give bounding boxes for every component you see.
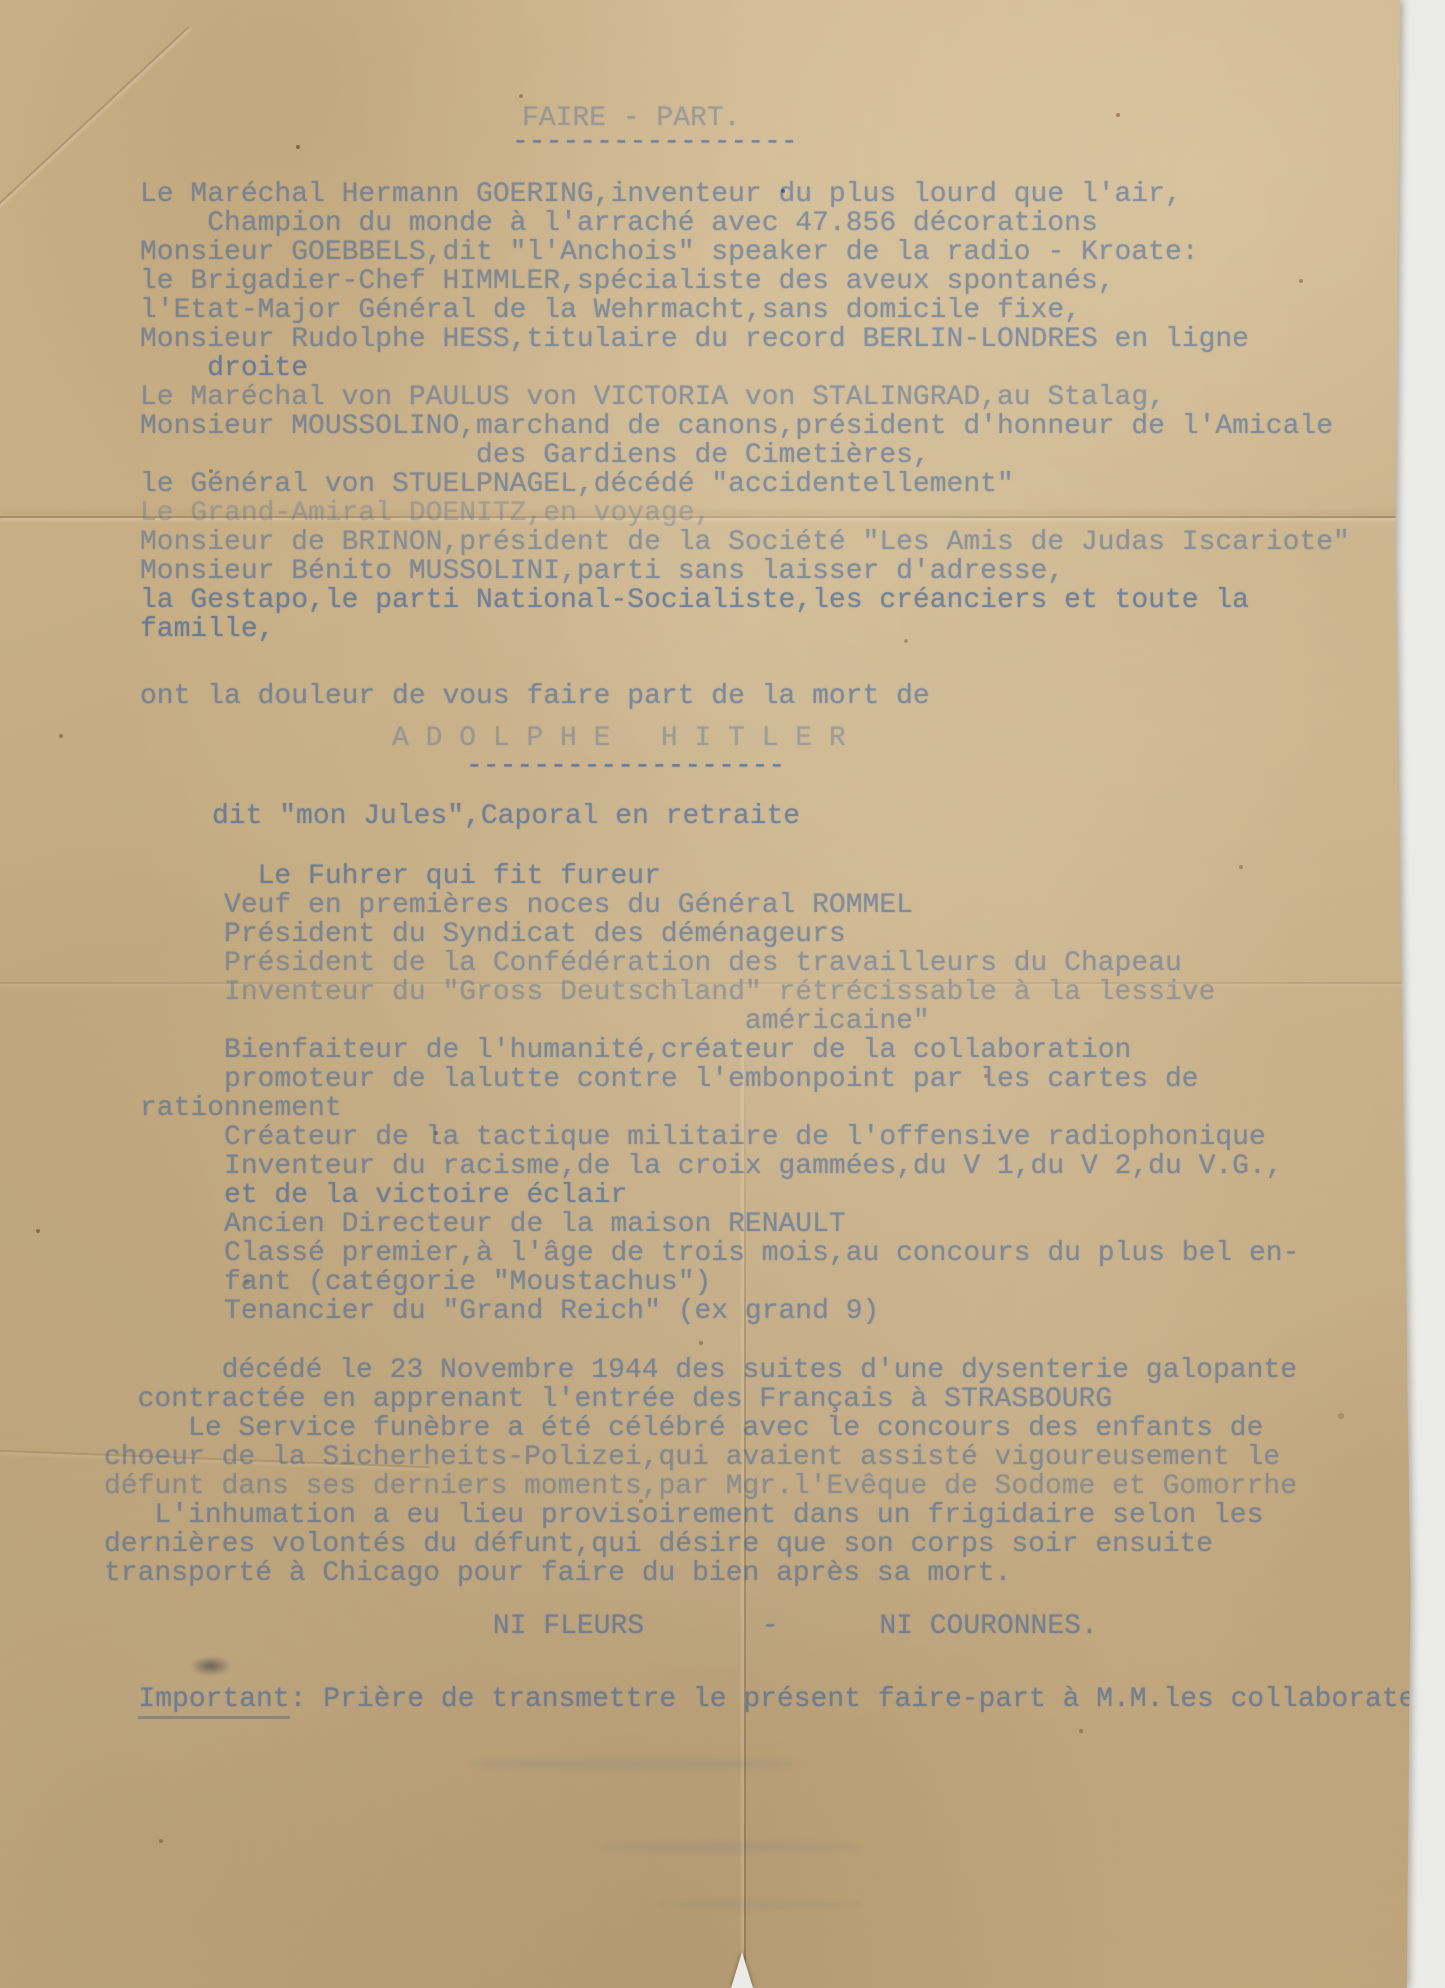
text-line: droite	[140, 354, 1350, 383]
text-line: choeur de la Sicherheits-Polizei,qui ava…	[104, 1443, 1297, 1472]
deceased-name-underline: -------------------	[466, 752, 785, 781]
text-line: Monsieur GOEBBELS,dit "l'Anchois" speake…	[140, 238, 1350, 267]
paper-tear-notch	[731, 1952, 753, 1988]
text-line: américaine"	[140, 1007, 1299, 1036]
text-line: Monsieur de BRINON,président de la Socié…	[140, 528, 1350, 557]
deceased-name: A D O L P H E H I T L E R	[392, 724, 846, 753]
mourning-line: ont la douleur de vous faire part de la …	[140, 682, 930, 711]
text-line: décédé le 23 Novembre 1944 des suites d'…	[104, 1356, 1297, 1385]
text-line: Classé premier,à l'âge de trois mois,au …	[140, 1239, 1299, 1268]
text-line: Tenancier du "Grand Reich" (ex grand 9)	[140, 1297, 1299, 1326]
text-line: Champion du monde à l'arraché avec 47.85…	[140, 209, 1350, 238]
text-line: contractée en apprenant l'entrée des Fra…	[104, 1385, 1297, 1414]
death-notice: décédé le 23 Novembre 1944 des suites d'…	[104, 1356, 1297, 1588]
text-line: Bienfaiteur de l'humanité,créateur de la…	[140, 1036, 1299, 1065]
ink-ghost-smudge	[660, 1900, 860, 1910]
text-line: promoteur de lalutte contre l'embonpoint…	[140, 1065, 1299, 1094]
text-line: fant (catégorie "Moustachus")	[140, 1268, 1299, 1297]
text-line: Monsieur Rudolphe HESS,titulaire du reco…	[140, 325, 1350, 354]
text-line: le Brigadier-Chef HIMMLER,spécialiste de…	[140, 267, 1350, 296]
text-line: la Gestapo,le parti National-Socialiste,…	[140, 586, 1350, 615]
paper-specks	[0, 0, 2, 2]
text-line: L'inhumation a eu lieu provisoirement da…	[104, 1501, 1297, 1530]
text-line: Ancien Directeur de la maison RENAULT	[140, 1210, 1299, 1239]
important-text: : Prière de transmettre le présent faire…	[290, 1684, 1445, 1715]
text-line: famille,	[140, 615, 1350, 644]
text-line: transporté à Chicago pour faire du bien …	[104, 1559, 1297, 1588]
text-line: dernières volontés du défunt,qui désire …	[104, 1530, 1297, 1559]
closing-line: NI FLEURS - NI COURONNES.	[140, 1612, 1098, 1641]
text-line: des Gardiens de Cimetières,	[140, 441, 1350, 470]
alias-line: dit "mon Jules",Caporal en retraite	[212, 802, 800, 831]
titles-list: Le Fuhrer qui fit fureur Veuf en premièr…	[140, 862, 1299, 1326]
text-line: défunt dans ses derniers moments,par Mgr…	[104, 1472, 1297, 1501]
text-line: Créateur de la tactique militaire de l'o…	[140, 1123, 1299, 1152]
text-line: Le Grand-Amiral DOENITZ,en voyage,	[140, 499, 1350, 528]
text-line: Le Service funèbre a été célébré avec le…	[104, 1414, 1297, 1443]
text-line: Président de la Confédération des travai…	[140, 949, 1299, 978]
ink-ghost-smudge	[600, 1842, 860, 1852]
important-note: Important: Prière de transmettre le prés…	[4, 1656, 1445, 1772]
important-label: Important	[138, 1684, 289, 1719]
text-line: rationnement	[140, 1094, 1299, 1123]
text-line: Le Maréchal Hermann GOERING,inventeur du…	[140, 180, 1350, 209]
paper-sheet: FAIRE - PART. ----------------- Le Maréc…	[0, 0, 1445, 1988]
text-line: Président du Syndicat des déménageurs	[140, 920, 1299, 949]
title-underline: -----------------	[512, 128, 798, 157]
text-line: Le Maréchal von PAULUS von VICTORIA von …	[140, 383, 1350, 412]
text-line: Monsieur Bénito MUSSOLINI,parti sans lai…	[140, 557, 1350, 586]
text-line: Monsieur MOUSSOLINO,marchand de canons,p…	[140, 412, 1350, 441]
scanned-document: FAIRE - PART. ----------------- Le Maréc…	[0, 0, 1445, 1988]
text-line: Inventeur du "Gross Deutschland" rétréci…	[140, 978, 1299, 1007]
participants-list: Le Maréchal Hermann GOERING,inventeur du…	[140, 180, 1350, 644]
text-line: Le Fuhrer qui fit fureur	[140, 862, 1299, 891]
text-line: l'Etat-Major Général de la Wehrmacht,san…	[140, 296, 1350, 325]
paper-wrapper: FAIRE - PART. ----------------- Le Maréc…	[0, 0, 1445, 1988]
ink-blot	[190, 1656, 232, 1676]
text-line: Inventeur du racisme,de la croix gammées…	[140, 1152, 1299, 1181]
text-line: et de la victoire éclair	[140, 1181, 1299, 1210]
text-line: Veuf en premières noces du Général ROMME…	[140, 891, 1299, 920]
text-line: le Général von STUELPNAGEL,décédé "accid…	[140, 470, 1350, 499]
